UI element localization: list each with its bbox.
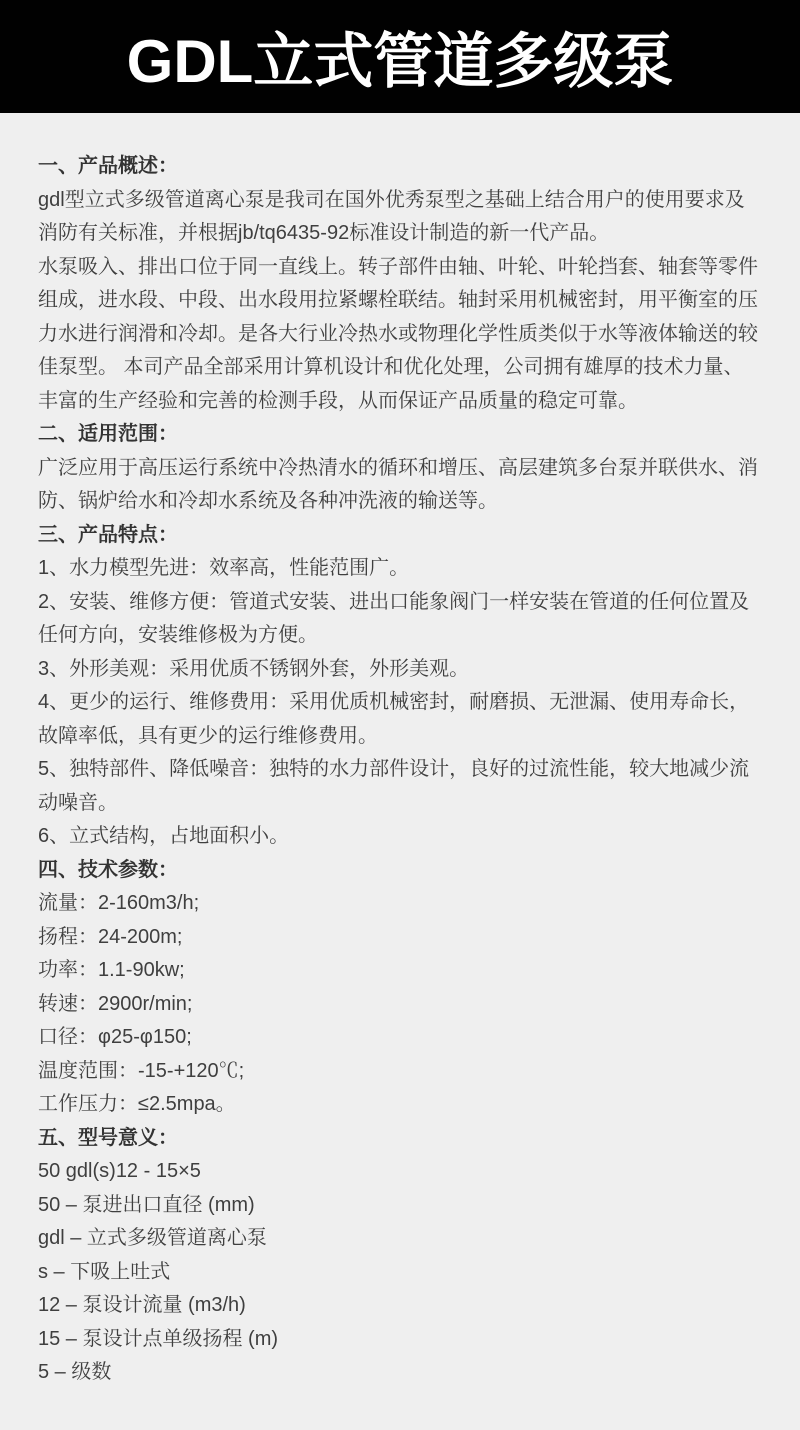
parameter-flow: 流量：2-160m3/h;	[38, 887, 762, 921]
section-features: 三、产品特点： 1、水力模型先进：效率高，性能范围广。 2、安装、维修方便：管道…	[38, 519, 762, 854]
product-description-page: GDL立式管道多级泵 一、产品概述： gdl型立式多级管道离心泵是我司在国外优秀…	[0, 0, 800, 1430]
model-code-part: 50 – 泵进出口直径 (mm)	[38, 1189, 762, 1223]
section-features-heading: 三、产品特点：	[38, 519, 762, 553]
section-model-meaning: 五、型号意义： 50 gdl(s)12 - 15×5 50 – 泵进出口直径 (…	[38, 1122, 762, 1390]
parameter-head: 扬程：24-200m;	[38, 921, 762, 955]
feature-item: 5、独特部件、降低噪音：独特的水力部件设计，良好的过流性能，较大地减少流动噪音。	[38, 753, 762, 820]
parameter-power: 功率：1.1-90kw;	[38, 954, 762, 988]
section-application-scope: 二、适用范围： 广泛应用于高压运行系统中冷热清水的循环和增压、高层建筑多台泵并联…	[38, 418, 762, 519]
section-overview: 一、产品概述： gdl型立式多级管道离心泵是我司在国外优秀泵型之基础上结合用户的…	[38, 150, 762, 418]
paragraph: 水泵吸入、排出口位于同一直线上。转子部件由轴、叶轮、叶轮挡套、轴套等零件组成，进…	[38, 251, 762, 419]
parameter-working-pressure: 工作压力：≤2.5mpa。	[38, 1088, 762, 1122]
parameter-diameter: 口径：φ25-φ150;	[38, 1021, 762, 1055]
product-description-body: 一、产品概述： gdl型立式多级管道离心泵是我司在国外优秀泵型之基础上结合用户的…	[0, 113, 800, 1430]
feature-item: 2、安装、维修方便：管道式安装、进出口能象阀门一样安装在管道的任何位置及任何方向…	[38, 586, 762, 653]
feature-item: 3、外形美观：采用优质不锈钢外套，外形美观。	[38, 653, 762, 687]
model-code-part: s – 下吸上吐式	[38, 1256, 762, 1290]
section-overview-heading: 一、产品概述：	[38, 150, 762, 184]
feature-item: 4、更少的运行、维修费用：采用优质机械密封，耐磨损、无泄漏、使用寿命长，故障率低…	[38, 686, 762, 753]
model-code-part: 15 – 泵设计点单级扬程 (m)	[38, 1323, 762, 1357]
parameter-speed: 转速：2900r/min;	[38, 988, 762, 1022]
parameter-temperature-range: 温度范围：-15-+120℃;	[38, 1055, 762, 1089]
section-application-heading: 二、适用范围：	[38, 418, 762, 452]
feature-item: 6、立式结构，占地面积小。	[38, 820, 762, 854]
page-header: GDL立式管道多级泵	[0, 0, 800, 113]
section-parameters-heading: 四、技术参数：	[38, 854, 762, 888]
section-model-heading: 五、型号意义：	[38, 1122, 762, 1156]
feature-item: 1、水力模型先进：效率高，性能范围广。	[38, 552, 762, 586]
model-code: 50 gdl(s)12 - 15×5	[38, 1155, 762, 1189]
paragraph: gdl型立式多级管道离心泵是我司在国外优秀泵型之基础上结合用户的使用要求及消防有…	[38, 184, 762, 251]
section-technical-parameters: 四、技术参数： 流量：2-160m3/h; 扬程：24-200m; 功率：1.1…	[38, 854, 762, 1122]
model-code-part: 12 – 泵设计流量 (m3/h)	[38, 1289, 762, 1323]
paragraph: 广泛应用于高压运行系统中冷热清水的循环和增压、高层建筑多台泵并联供水、消防、锅炉…	[38, 452, 762, 519]
model-code-part: gdl – 立式多级管道离心泵	[38, 1222, 762, 1256]
model-code-part: 5 – 级数	[38, 1356, 762, 1390]
page-title: GDL立式管道多级泵	[127, 14, 674, 100]
